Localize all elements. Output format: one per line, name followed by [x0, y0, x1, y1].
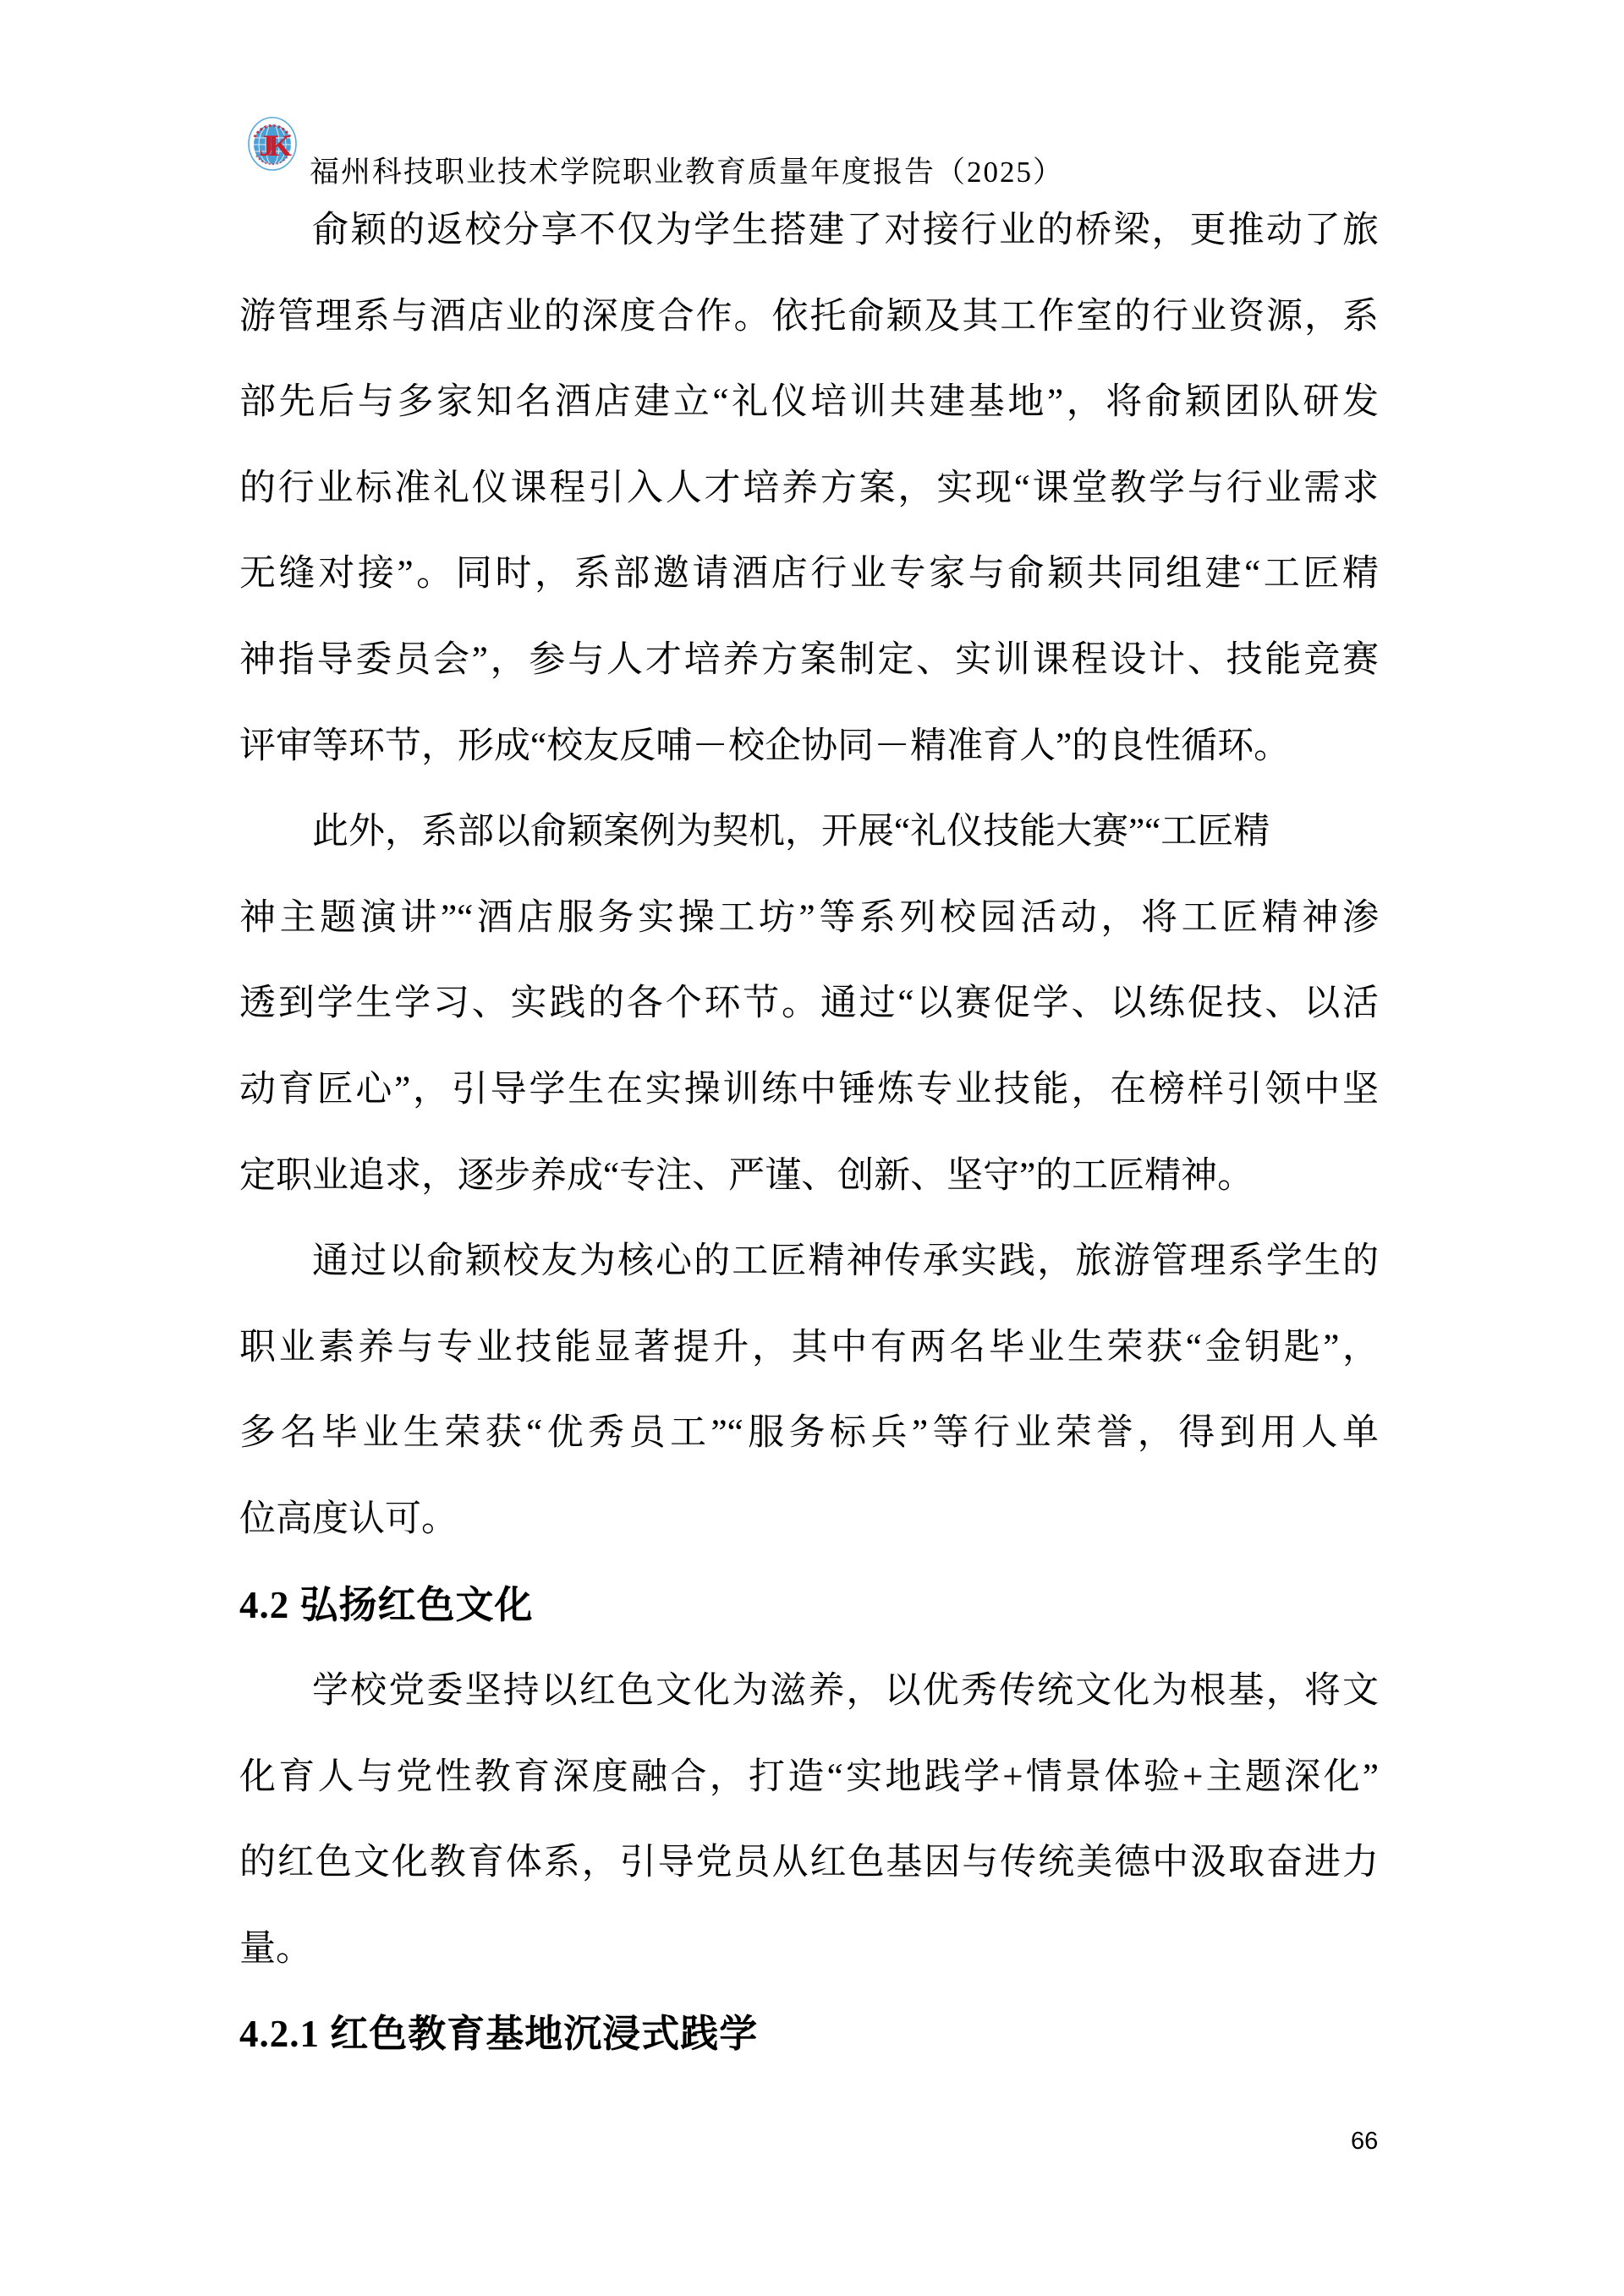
- paragraph-line: 职业素养与专业技能显著提升，其中有两名毕业生荣获“金钥匙”，: [239, 1305, 1379, 1391]
- paragraph-line: 量。: [239, 1906, 1379, 1992]
- paragraph-line: 化育人与党性教育深度融合，打造“实地践学+情景体验+主题深化”: [239, 1734, 1379, 1821]
- section-heading-4-2: 4.2 弘扬红色文化: [239, 1563, 1379, 1649]
- paragraph-line: 评审等环节，形成“校友反哺－校企协同－精准育人”的良性循环。: [239, 704, 1379, 790]
- paragraph-line: 的红色文化教育体系，引导党员从红色基因与传统美德中汲取奋进力: [239, 1820, 1379, 1906]
- paragraph-line: 无缝对接”。同时，系部邀请酒店行业专家与俞颖共同组建“工匠精: [239, 531, 1379, 617]
- paragraph-line: 俞颖的返校分享不仅为学生搭建了对接行业的桥梁，更推动了旅: [239, 188, 1379, 274]
- paragraph-line: 定职业追求，逐步养成“专注、严谨、创新、坚守”的工匠精神。: [239, 1133, 1379, 1219]
- school-logo-icon: JK: [248, 117, 297, 171]
- paragraph-line: 多名毕业生荣获“优秀员工”“服务标兵”等行业荣誉，得到用人单: [239, 1390, 1379, 1477]
- paragraph-line: 此外，系部以俞颖案例为契机，开展“礼仪技能大赛”“工匠精: [239, 789, 1379, 875]
- paragraph-line: 神主题演讲”“酒店服务实操工坊”等系列校园活动，将工匠精神渗: [239, 875, 1379, 962]
- paragraph-line: 学校党委坚持以红色文化为滋养，以优秀传统文化为根基，将文: [239, 1648, 1379, 1734]
- document-page: JK 福州科技职业技术学院职业教育质量年度报告（2025） 俞颖的返校分享不仅为…: [0, 0, 1624, 2296]
- section-heading-4-2-1: 4.2.1 红色教育基地沉浸式践学: [239, 1992, 1379, 2078]
- paragraph-line: 部先后与多家知名酒店建立“礼仪培训共建基地”，将俞颖团队研发: [239, 359, 1379, 446]
- paragraph-line: 通过以俞颖校友为核心的工匠精神传承实践，旅游管理系学生的: [239, 1219, 1379, 1305]
- paragraph-line: 游管理系与酒店业的深度合作。依托俞颖及其工作室的行业资源，系: [239, 274, 1379, 360]
- paragraph-line: 动育匠心”，引导学生在实操训练中锤炼专业技能，在榜样引领中坚: [239, 1047, 1379, 1133]
- paragraph-line: 位高度认可。: [239, 1477, 1379, 1563]
- page-body-text: 俞颖的返校分享不仅为学生搭建了对接行业的桥梁，更推动了旅 游管理系与酒店业的深度…: [239, 188, 1379, 2078]
- paragraph-line: 透到学生学习、实践的各个环节。通过“以赛促学、以练促技、以活: [239, 961, 1379, 1047]
- paragraph-line: 神指导委员会”，参与人才培养方案制定、实训课程设计、技能竞赛: [239, 617, 1379, 704]
- paragraph-line: 的行业标准礼仪课程引入人才培养方案，实现“课堂教学与行业需求: [239, 446, 1379, 532]
- page-number: 66: [1351, 2128, 1378, 2156]
